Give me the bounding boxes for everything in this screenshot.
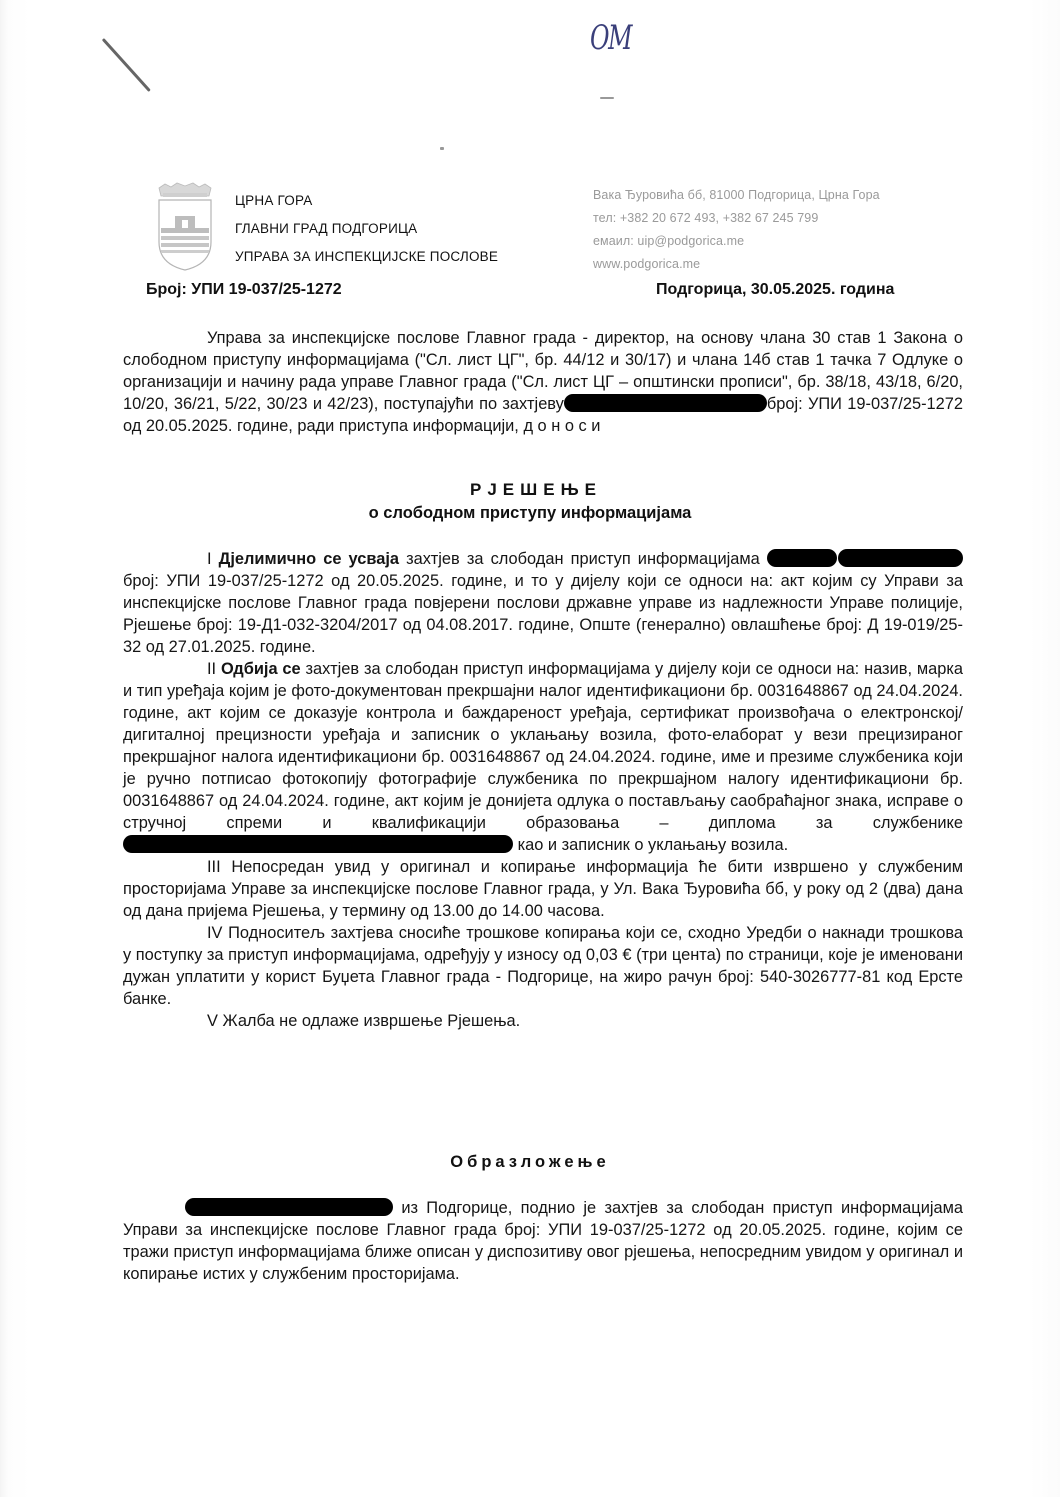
org-department: УПРАВА ЗА ИНСПЕКЦИЈСКЕ ПОСЛОВЕ [235, 249, 498, 264]
item-1: I Дјелимично се усваја захтјев за слобод… [123, 548, 963, 658]
coat-of-arms-icon [155, 180, 215, 272]
item-text: Жалба не одлаже извршење Рјешења. [223, 1012, 521, 1030]
item-5: V Жалба не одлаже извршење Рјешења. [123, 1010, 963, 1032]
item-text-cont: као и записник о уклањању возила. [518, 836, 789, 854]
contact-website: www.podgorica.me [593, 257, 700, 271]
decision-title: РЈЕШЕЊЕ [0, 480, 1060, 500]
contact-phone: тел: +382 20 672 493, +382 67 245 799 [593, 211, 818, 225]
decision-items: I Дјелимично се усваја захтјев за слобод… [123, 548, 963, 1032]
pen-stroke-mark [102, 38, 151, 92]
item-numeral: V [207, 1012, 218, 1030]
scan-speck [440, 147, 444, 150]
org-country: ЦРНА ГОРА [235, 193, 312, 208]
scan-speck [600, 97, 614, 99]
item-2: II Одбија се захтјев за слободан приступ… [123, 658, 963, 856]
reasoning-heading: Образложење [0, 1153, 1060, 1172]
item-bold-verdict: Дјелимично се усваја [219, 550, 399, 568]
item-text: захтјев за слободан приступ информацијам… [123, 660, 963, 832]
reasoning: из Подгорице, поднио је захтјев за слобо… [123, 1197, 963, 1285]
redaction-bar [185, 1198, 393, 1216]
preamble: Управа за инспекцијске послове Главног г… [123, 327, 963, 437]
item-text: Непосредан увид у оригинал и копирање ин… [123, 858, 963, 920]
preamble-donosi: д о н о с и [523, 417, 600, 435]
item-numeral: II [207, 660, 216, 678]
item-bold-verdict: Одбија се [221, 660, 301, 678]
contact-address: Вака Ђуровића бб, 81000 Подгорица, Црна … [593, 188, 880, 202]
redaction-bar [838, 549, 963, 567]
redaction-bar [123, 835, 513, 853]
item-3: III Непосредан увид у оригинал и копирањ… [123, 856, 963, 922]
item-4: IV Подноситељ захтјева сносиће трошкове … [123, 922, 963, 1010]
decision-subtitle: о слободном приступу информацијама [0, 504, 1060, 523]
item-numeral: IV [207, 924, 223, 942]
item-text: захтјев за слободан приступ информацијам… [406, 550, 760, 568]
redaction-bar [564, 394, 767, 412]
item-numeral: III [207, 858, 221, 876]
item-numeral: I [207, 550, 212, 568]
handwritten-initials: ОМ [590, 18, 631, 58]
document-place-date: Подгорица, 30.05.2025. година [656, 281, 894, 299]
org-city: ГЛАВНИ ГРАД ПОДГОРИЦА [235, 221, 417, 236]
redaction-bar [767, 549, 837, 567]
document-number: Број: УПИ 19-037/25-1272 [146, 281, 342, 299]
item-text: Подноситељ захтјева сносиће трошкове коп… [123, 924, 963, 1008]
contact-email: емаил: uip@podgorica.me [593, 234, 744, 248]
item-text-cont: број: УПИ 19-037/25-1272 од 20.05.2025. … [123, 572, 963, 656]
document-page: ОМ ЦРНА ГОРА ГЛАВНИ ГРАД ПОДГОРИЦА УПРАВ… [0, 0, 1060, 1497]
